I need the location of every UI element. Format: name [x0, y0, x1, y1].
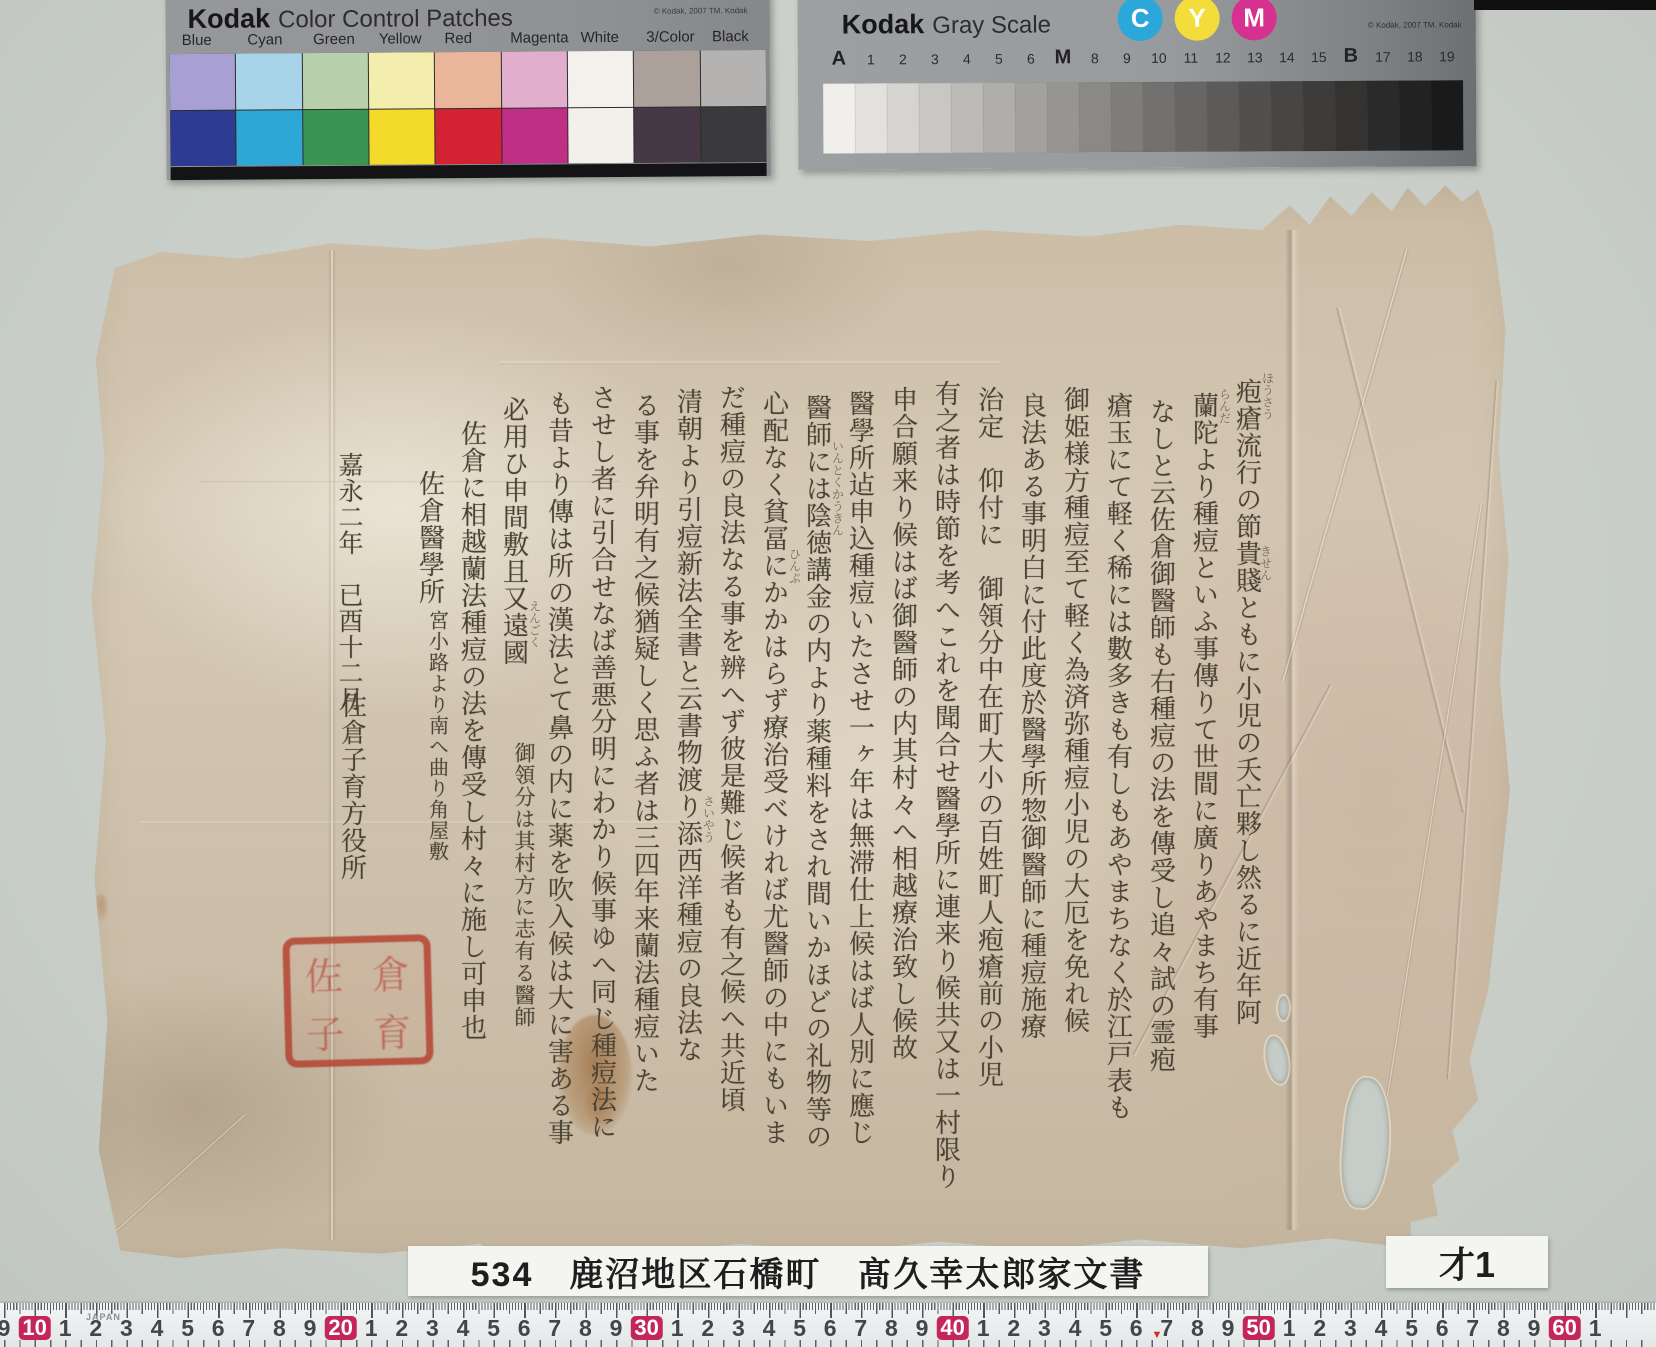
ruler-number: 1 [671, 1316, 684, 1340]
gray-step-label: 14 [1271, 49, 1303, 68]
ruler-number: 4 [457, 1316, 470, 1340]
manuscript-furigana: さいやう [701, 795, 718, 843]
kodak-color-control-card: KodakColor Control Patches © Kodak, 2007… [165, 0, 770, 180]
gray-step-label: 8 [1079, 50, 1111, 69]
gray-step-label: 6 [1015, 50, 1047, 69]
manuscript-column: 良法ある事明白に付此度於醫學所惣御醫師に種痘施療 [1014, 392, 1051, 1040]
manuscript-column: 有之者は時節を考へこれを聞合せ醫學所に連来り候共又は一村限り [928, 380, 965, 1190]
ruler-number: 30 [630, 1316, 662, 1340]
gray-step-patch [1271, 81, 1303, 151]
gray-step-patch [1015, 82, 1047, 152]
gray-step-patch [1239, 81, 1271, 151]
ruler-number: 50 [1242, 1316, 1274, 1340]
gray-step-patch [919, 83, 951, 153]
ruler-number: 8 [1191, 1316, 1204, 1340]
ruler-number: 9 [916, 1316, 929, 1340]
gray-step-label: 18 [1399, 48, 1431, 67]
gray-step-patch [1143, 82, 1175, 152]
ruler-number: 9 [1528, 1316, 1541, 1340]
paper-crease [500, 360, 1000, 365]
manuscript-column: 佐倉子育方役所 [334, 692, 371, 881]
manuscript-column: る事を弁明有之候猶疑しく思ふ者は三四年来蘭法種痘いた [627, 392, 664, 1094]
gray-step-patch [823, 83, 855, 153]
color-patch-blue [170, 110, 236, 166]
gray-step-label: 19 [1431, 48, 1463, 67]
manuscript-column: 佐倉醫學所 [412, 470, 449, 605]
gray-step-label: 17 [1367, 49, 1399, 68]
color-patch-red [436, 108, 502, 164]
gray-step-patch [1111, 82, 1143, 152]
ruler-number: 7 [548, 1316, 561, 1340]
red-seal: 佐倉子育 [282, 934, 433, 1068]
paper-crease [1385, 503, 1484, 1096]
ruler-number: 6 [518, 1316, 531, 1340]
gray-step-patch [1047, 82, 1079, 152]
gray-step-patch [1207, 81, 1239, 151]
paper-crease [1446, 381, 1500, 1080]
ruler-number: 4 [763, 1316, 776, 1340]
ruler-number: 7 [1160, 1316, 1173, 1340]
gray-scale-labels: A123456M89101112131415B171819 [823, 48, 1463, 70]
color-patch-grid [170, 50, 767, 166]
gray-step-label: 13 [1239, 49, 1271, 68]
seal-character: 倉 [356, 941, 424, 1001]
ruler-number: 5 [1405, 1316, 1418, 1340]
ruler-number: 7 [242, 1316, 255, 1340]
ruler-number: 3 [732, 1316, 745, 1340]
cym-dot-c: C [1118, 0, 1163, 41]
color-patch-yellow [369, 109, 435, 165]
color-patch-magenta [502, 108, 568, 164]
archival-photo-stage: KodakColor Control Patches © Kodak, 2007… [0, 0, 1656, 1347]
gray-step-label: 12 [1207, 49, 1239, 68]
seal-character: 育 [358, 999, 426, 1059]
color-label: Red [432, 30, 498, 47]
color-patch-white [568, 51, 634, 107]
color-card-labels: BlueCyanGreenYellowRedMagentaWhite3/Colo… [170, 28, 766, 49]
ruler-number: 6 [824, 1316, 837, 1340]
ruler-number: 5 [487, 1316, 500, 1340]
ruler-number: 2 [701, 1316, 714, 1340]
ruler-number: 20 [324, 1316, 356, 1340]
ruler-number: 3 [426, 1316, 439, 1340]
manuscript-paper: 佐倉子育 疱瘡流行の節貴賤ともに小児の夭亡夥し然るに近年阿蘭陀より種痘といふ事傳… [80, 180, 1520, 1270]
manuscript-column: 清朝より引痘新法全書と云書物渡り添西洋種痘の良法な [670, 388, 707, 1063]
color-label: Blue [170, 32, 236, 49]
ruler-number: 3 [1344, 1316, 1357, 1340]
gray-card-name: Gray Scale [932, 11, 1051, 39]
gray-step-patch [983, 83, 1015, 153]
color-label: Cyan [235, 31, 301, 48]
color-label: Black [700, 28, 766, 45]
gray-step-label: 15 [1303, 49, 1335, 68]
gray-step-label: 4 [951, 51, 983, 70]
ruler-number: 8 [885, 1316, 898, 1340]
gray-step-patch [1431, 80, 1463, 150]
color-label: Yellow [367, 30, 433, 47]
gray-step-patch [1303, 81, 1335, 151]
gray-step-patch [887, 83, 919, 153]
ruler-number: 5 [181, 1316, 194, 1340]
manuscript-column: 醫學所迠申込種痘いたさせ一ヶ年は無滞仕上候はば人別に應じ [842, 390, 879, 1146]
manuscript-column: 御姫様方種痘至て軽く為済弥種痘小児の大厄を免れ候 [1057, 386, 1094, 1034]
gray-step-patch [855, 83, 887, 153]
ruler-number: 6 [1436, 1316, 1449, 1340]
paper-crease [1280, 248, 1410, 682]
gray-step-patch [1175, 82, 1207, 152]
kodak-gray-scale-card: KodakGray Scale CYM © Kodak, 2007 TM. Ko… [798, 0, 1477, 170]
ruler-number: 9 [304, 1316, 317, 1340]
ruler-number: 4 [1069, 1316, 1082, 1340]
caption-label: 534 鹿沼地区石橋町 髙久幸太郎家文書 [408, 1246, 1208, 1296]
color-label: Green [301, 31, 367, 48]
manuscript-column: 治定 仰付に 御領分中在町大小の百姓町人疱瘡前の小児 [971, 386, 1008, 1088]
color-patch-white [568, 107, 634, 163]
ruler-bottom-ticks [4, 1340, 1656, 1347]
gray-step-label: 3 [919, 51, 951, 70]
ruler-number: 1 [59, 1316, 72, 1340]
color-patch-black [701, 106, 767, 162]
manuscript-column: 心配なく貧冨にかかはらず療治受べければ尤醫師の中にもいま [756, 390, 793, 1146]
manuscript-furigana: ひんぷ [787, 548, 804, 584]
color-patch-green [303, 109, 369, 165]
ruler-number: 60 [1548, 1316, 1580, 1340]
measuring-tape: JAPAN ▼ 91012345678920123456789301234567… [0, 1303, 1656, 1347]
paper-hole [1337, 1076, 1394, 1210]
gray-card-title: KodakGray Scale [842, 8, 1051, 40]
ruler-number: 2 [395, 1316, 408, 1340]
cym-dot-y: Y [1175, 0, 1220, 41]
color-patch-yellow [369, 52, 435, 108]
ruler-number: 1 [365, 1316, 378, 1340]
ruler-number: 6 [1130, 1316, 1143, 1340]
color-patch-red [435, 52, 501, 108]
ruler-number: 5 [793, 1316, 806, 1340]
manuscript-furigana: えんごく [527, 600, 544, 648]
color-label: 3/Color [634, 28, 700, 45]
ruler-number: 9 [610, 1316, 623, 1340]
ruler-number: 1 [1589, 1316, 1602, 1340]
color-patch-cyan [237, 110, 303, 166]
gray-step-label: 1 [855, 51, 887, 70]
item-number-label: 才1 [1386, 1236, 1548, 1288]
color-patch-green [302, 53, 368, 109]
manuscript-furigana: きせん [1258, 545, 1275, 581]
manuscript-column: も昔より傳は所の漢法とて鼻の内に薬を吹入候は大に害ある事 [541, 390, 578, 1146]
color-card-foot-strip [171, 163, 767, 180]
paper-hole [1262, 1034, 1292, 1085]
gray-step-label: 10 [1143, 50, 1175, 69]
ruler-number: 7 [1466, 1316, 1479, 1340]
ruler-number: 8 [1497, 1316, 1510, 1340]
gray-step-label: 2 [887, 51, 919, 70]
ruler-number: 2 [1007, 1316, 1020, 1340]
gray-step-label: 11 [1175, 50, 1207, 69]
manuscript-column: 佐倉に相越蘭法種痘の法を傳受し村々に施し可申也 [454, 420, 491, 1041]
gray-step-label: B [1335, 45, 1367, 68]
ruler-number: 3 [1038, 1316, 1051, 1340]
color-card-copyright: © Kodak, 2007 TM. Kodak [654, 6, 748, 16]
manuscript-column: だ種痘の良法なる事を辨へず彼是難じ候者も有之候へ共近頃 [713, 384, 750, 1113]
manuscript-column: 疱瘡流行の節貴賤ともに小児の夭亡夥し然るに近年阿 [1229, 378, 1266, 1026]
ruler-number: 2 [89, 1316, 102, 1340]
ruler-number: 8 [579, 1316, 592, 1340]
ruler-number: 4 [1375, 1316, 1388, 1340]
color-patch-3/color [634, 50, 700, 106]
manuscript-column: 嘉永二年 已酉十二月 [331, 452, 367, 712]
ink-stain [94, 894, 108, 920]
color-patch-cyan [236, 53, 302, 109]
ruler-number: 8 [273, 1316, 286, 1340]
gray-step-label: A [823, 47, 855, 70]
seal-character: 佐 [290, 943, 358, 1003]
manuscript-furigana: いんとくかうきん [830, 440, 847, 536]
ruler-number: 7 [854, 1316, 867, 1340]
paper-crease [1335, 307, 1467, 813]
ruler-number: 1 [1283, 1316, 1296, 1340]
manuscript-column: 瘡玉にて軽く稀には數多きも有しもあやまちなく於江戸表も [1100, 392, 1137, 1121]
gray-scale-strip [823, 80, 1463, 153]
gray-step-patch [1367, 81, 1399, 151]
gray-step-label: M [1047, 46, 1079, 69]
color-label: Magenta [498, 29, 568, 46]
manuscript-furigana: ほうさう [1260, 372, 1277, 420]
gray-step-label: 9 [1111, 50, 1143, 69]
manuscript-column: 蘭陀より種痘といふ事傳りて世間に廣りあやまち有事 [1186, 392, 1223, 1040]
ruler-number: 3 [120, 1316, 133, 1340]
seal-character: 子 [291, 1001, 359, 1061]
color-label: White [569, 29, 635, 46]
manuscript-column: 申合願来り候はば御醫師の内其村々へ相越療治致し候故 [885, 386, 922, 1061]
manuscript-column: なしと云佐倉御醫師も右種痘の法を傳受し追々試の霊疱 [1143, 398, 1180, 1073]
cym-dots: CYM [1118, 0, 1277, 41]
color-patch-blue [170, 54, 236, 110]
ruler-number: 2 [1313, 1316, 1326, 1340]
ruler-number: 40 [936, 1316, 968, 1340]
manuscript-furigana: らんだ [1217, 388, 1234, 424]
kodak-brand-wordmark: Kodak [842, 9, 925, 39]
kodak-brand-wordmark: Kodak [187, 3, 270, 34]
color-patch-3/color [635, 107, 701, 163]
paper-hole [1278, 996, 1289, 1020]
ruler-number: 1 [977, 1316, 990, 1340]
manuscript-column: 宮小路より南へ曲り角屋敷 [424, 610, 453, 862]
ruler-number: 5 [1099, 1316, 1112, 1340]
gray-card-copyright: © Kodak, 2007 TM. Kodak [1368, 20, 1462, 29]
ruler-number: 9 [0, 1316, 10, 1340]
manuscript-column: させし者に引合せなば善悪分明にわかり候事ゆへ同じ種痘法に [584, 384, 621, 1140]
cym-dot-m: M [1232, 0, 1277, 41]
paper-crease [1285, 230, 1299, 1230]
gray-step-patch [1399, 80, 1431, 150]
color-patch-black [700, 50, 766, 106]
photo-edge-black-strip [1474, 0, 1656, 10]
gray-step-patch [1335, 81, 1367, 151]
color-patch-magenta [501, 51, 567, 107]
gray-step-label: 5 [983, 51, 1015, 70]
gray-step-patch [951, 83, 983, 153]
gray-step-patch [1079, 82, 1111, 152]
ruler-number: 4 [151, 1316, 164, 1340]
ruler-number: 9 [1222, 1316, 1235, 1340]
ruler-number: 6 [212, 1316, 225, 1340]
manuscript-column: 御領分は其村方に志有る醫師 [509, 742, 539, 1028]
ruler-number: 10 [18, 1316, 50, 1340]
